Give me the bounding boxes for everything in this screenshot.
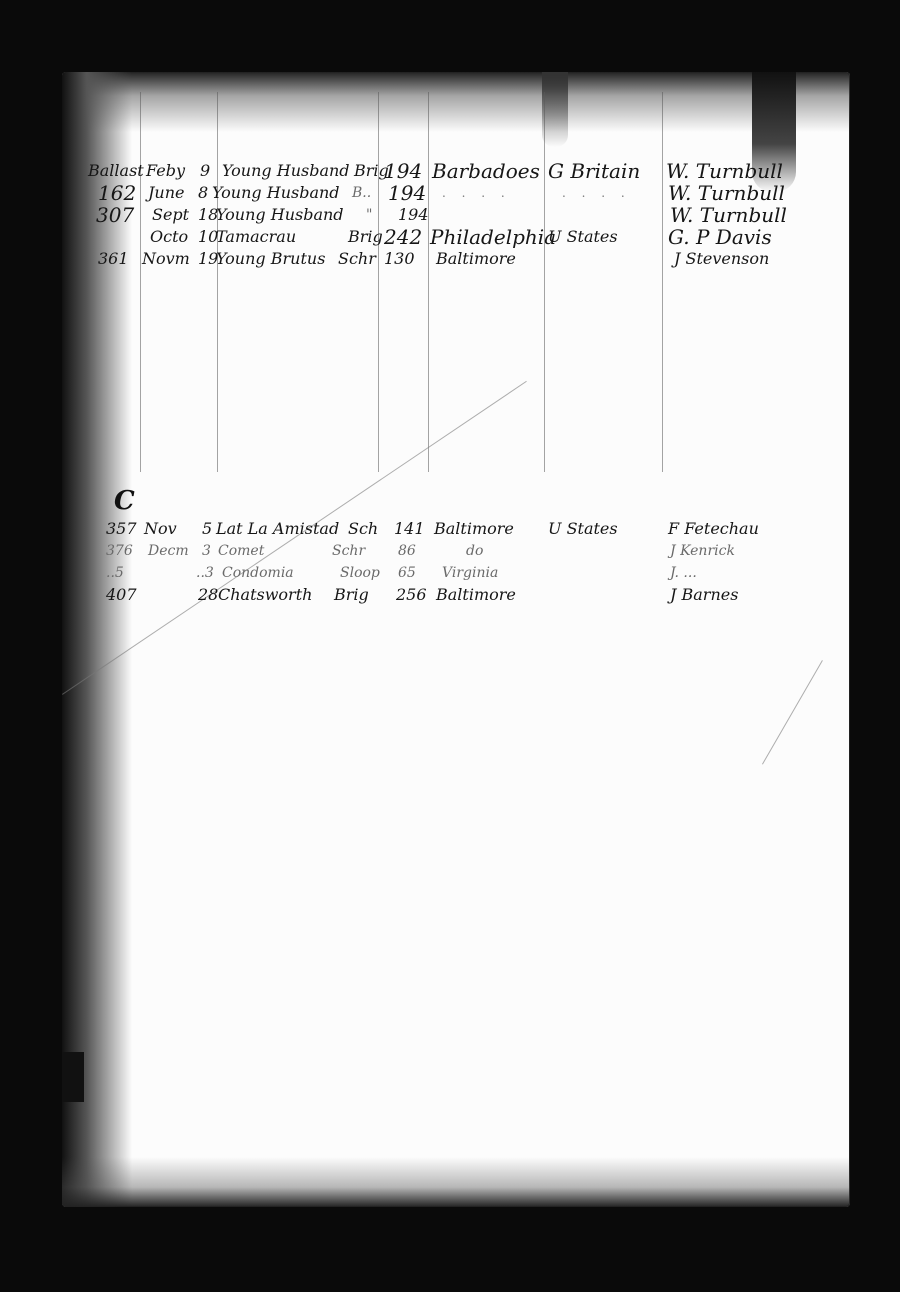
entry-month: June (148, 182, 185, 204)
table-row: Octo 10 Tamacrau Brig 242 Philadelphia U… (62, 226, 850, 248)
entry-tons: 141 (394, 518, 425, 540)
entry-tons: 194 (384, 160, 422, 182)
scan-shadow-top (62, 72, 850, 132)
entry-nation: U States (548, 226, 618, 248)
entry-port: Baltimore (434, 518, 514, 540)
entry-master: W. Turnbull (666, 160, 783, 182)
entry-vessel: Tamacrau (216, 226, 296, 248)
entry-rig: Sch (348, 518, 378, 540)
entry-tons: 130 (384, 248, 415, 270)
entry-vessel: Chatsworth (218, 584, 312, 606)
entry-month: Octo (150, 226, 188, 248)
entry-master: J Kenrick (670, 540, 735, 562)
entry-rig: " (366, 204, 372, 226)
entry-master: F Fetechau (668, 518, 759, 540)
ledger-page: Ballast Feby 9 Young Husband Brig 194 Ba… (62, 72, 850, 1207)
column-rule (140, 92, 141, 472)
stray-line (762, 660, 823, 764)
table-row: 361 Novm 19 Young Brutus Schr 130 Baltim… (62, 248, 850, 270)
entry-tons: 242 (384, 226, 422, 248)
entry-no: ..5 (106, 562, 124, 584)
entry-no: 407 (106, 584, 137, 606)
entry-port: . . . . (442, 182, 511, 204)
entry-no: 361 (98, 248, 129, 270)
column-rule (428, 92, 429, 472)
entry-rig: Schr (338, 248, 376, 270)
entry-day: 9 (200, 160, 210, 182)
entry-no: Ballast (88, 160, 144, 182)
entry-day: ..3 (196, 562, 214, 584)
entry-tons: 86 (398, 540, 416, 562)
column-rule (544, 92, 545, 472)
entry-rig: Brig (334, 584, 369, 606)
entry-rig: Brig (348, 226, 383, 248)
column-rule (217, 92, 218, 472)
entry-day: 28 (198, 584, 218, 606)
section-letter: C (114, 486, 135, 516)
binding-tab (62, 1052, 84, 1102)
entry-vessel: Young Brutus (216, 248, 325, 270)
table-row: 407 28 Chatsworth Brig 256 Baltimore J B… (62, 584, 850, 606)
column-rule (662, 92, 663, 472)
entry-nation: . . . . (562, 182, 631, 204)
entry-master: W. Turnbull (670, 204, 787, 226)
entry-master: W. Turnbull (668, 182, 785, 204)
entry-month: Novm (142, 248, 190, 270)
entry-vessel: Condomia (222, 562, 294, 584)
entry-master: J Barnes (670, 584, 738, 606)
table-row: 376 Decm 3 Comet Schr 86 do J Kenrick (62, 540, 850, 562)
entry-port: Barbadoes (432, 160, 540, 182)
entry-vessel: Young Husband (222, 160, 350, 182)
entry-no: 162 (98, 182, 136, 204)
entry-tons: 256 (396, 584, 427, 606)
entry-vessel: Young Husband (216, 204, 344, 226)
entry-rig: Sloop (340, 562, 380, 584)
entry-month: Sept (152, 204, 189, 226)
table-row: 307 Sept 18 Young Husband " 194 W. Turnb… (62, 204, 850, 226)
entry-port: Baltimore (436, 248, 516, 270)
table-row: ..5 ..3 Condomia Sloop 65 Virginia J. ..… (62, 562, 850, 584)
column-rule (378, 92, 379, 472)
entry-month: Decm (148, 540, 189, 562)
table-row: 162 June 8 Young Husband B.. 194 . . . .… (62, 182, 850, 204)
entry-port: Virginia (442, 562, 498, 584)
entry-month: Nov (144, 518, 177, 540)
entry-tons: 65 (398, 562, 416, 584)
ink-stain (542, 72, 568, 147)
entry-master: J. ... (670, 562, 697, 584)
entry-port: do (466, 540, 483, 562)
entry-month: Feby (146, 160, 185, 182)
scan-shadow-bottom (62, 1157, 850, 1207)
entry-rig: Schr (332, 540, 365, 562)
table-row: Ballast Feby 9 Young Husband Brig 194 Ba… (62, 160, 850, 182)
entry-nation: U States (548, 518, 618, 540)
entry-master: G. P Davis (668, 226, 772, 248)
entry-vessel: Comet (218, 540, 264, 562)
entry-day: 8 (198, 182, 208, 204)
entry-day: 5 (202, 518, 212, 540)
entry-no: 376 (106, 540, 133, 562)
entry-rig: B.. (352, 182, 371, 204)
entry-master: J Stevenson (674, 248, 769, 270)
entry-vessel: Young Husband (212, 182, 340, 204)
entry-port: Philadelphia (430, 226, 556, 248)
entry-no: 307 (96, 204, 134, 226)
entry-no: 357 (106, 518, 137, 540)
entry-nation: G Britain (548, 160, 640, 182)
entry-day: 3 (202, 540, 211, 562)
entry-port: Baltimore (436, 584, 516, 606)
table-row: 357 Nov 5 Lat La Amistad Sch 141 Baltimo… (62, 518, 850, 540)
entry-tons: 194 (398, 204, 429, 226)
entry-tons: 194 (388, 182, 426, 204)
entry-vessel: Lat La Amistad (216, 518, 339, 540)
